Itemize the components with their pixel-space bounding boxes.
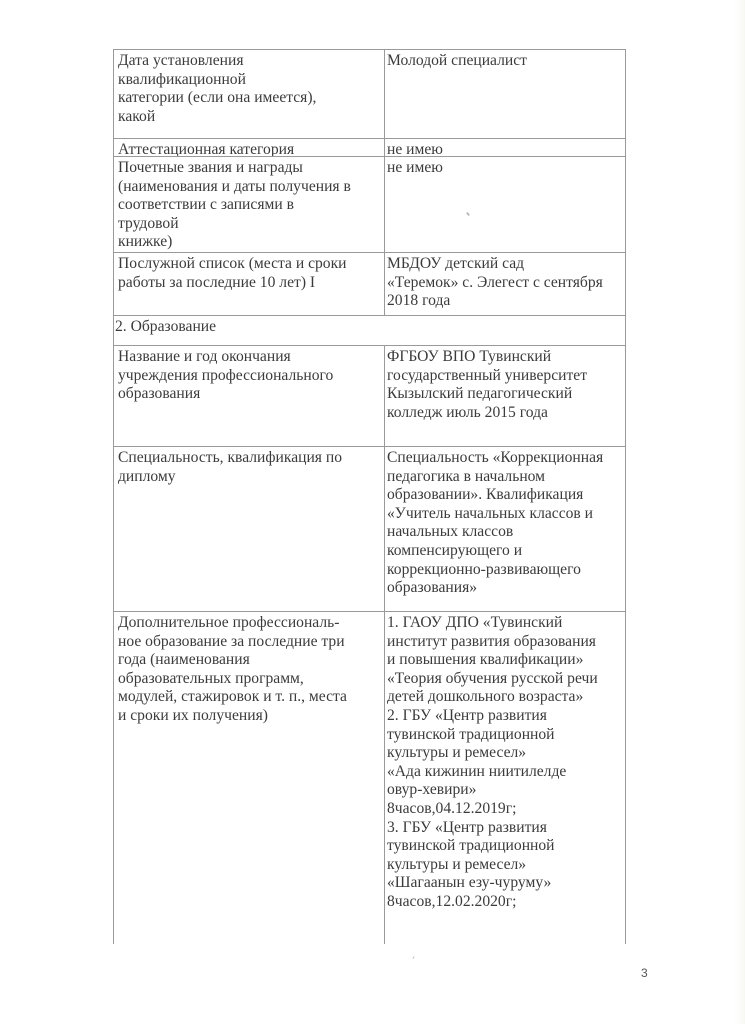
service-record-label: Послужной список (места и сроки работы з… (118, 255, 381, 292)
specialty-value: Специальность «Коррекционная педагогика … (387, 449, 622, 598)
field-value: не имею (385, 139, 626, 157)
qualification-date-value: Молодой специалист (387, 52, 622, 71)
service-record-value: МБДОУ детский сад «Теремок» с. Элегест с… (387, 255, 622, 311)
section-header: 2. Образование (114, 316, 626, 346)
field-value: МБДОУ детский сад «Теремок» с. Элегест с… (385, 253, 626, 316)
personal-info-table: Дата установления квалификационной катег… (113, 49, 626, 944)
qualification-date-label: Дата установления квалификационной катег… (118, 52, 381, 126)
field-value: Молодой специалист (385, 50, 626, 139)
table-row: Специальность, квалификация по диплому С… (114, 447, 626, 612)
table-row: Дата установления квалификационной катег… (114, 50, 626, 139)
field-label: Аттестационная категория (114, 139, 385, 157)
additional-education-value: 1. ГАОУ ДПО «Тувинский институт развития… (387, 614, 622, 912)
field-label: Название и год окончания учреждения проф… (114, 346, 385, 447)
table-row: Название и год окончания учреждения проф… (114, 346, 626, 447)
section-education-title: 2. Образование (115, 318, 622, 337)
attestation-category-label: Аттестационная категория (118, 142, 381, 157)
field-value: не имею (385, 157, 626, 253)
field-label: Дата установления квалификационной катег… (114, 50, 385, 139)
honors-awards-value: не имею (387, 159, 622, 178)
field-label: Послужной список (места и сроки работы з… (114, 253, 385, 316)
page-number: 3 (641, 966, 648, 980)
field-value: ФГБОУ ВПО Тувинский государственный унив… (385, 346, 626, 447)
field-label: Дополнительное профессиональ- ное образо… (114, 612, 385, 945)
field-value: Специальность «Коррекционная педагогика … (385, 447, 626, 612)
honors-awards-label: Почетные звания и награды (наименования … (118, 159, 381, 252)
field-value: 1. ГАОУ ДПО «Тувинский институт развития… (385, 612, 626, 945)
institution-label: Название и год окончания учреждения проф… (118, 348, 381, 404)
scan-speck (412, 956, 414, 959)
scan-edge-shadow (735, 0, 745, 1024)
additional-education-label: Дополнительное профессиональ- ное образо… (118, 614, 381, 726)
table-row: Дополнительное профессиональ- ное образо… (114, 612, 626, 945)
field-label: Специальность, квалификация по диплому (114, 447, 385, 612)
section-header-row: 2. Образование (114, 316, 626, 346)
institution-value: ФГБОУ ВПО Тувинский государственный унив… (387, 348, 622, 422)
document-page: Дата установления квалификационной катег… (0, 0, 745, 1024)
field-label: Почетные звания и награды (наименования … (114, 157, 385, 253)
table-row: Послужной список (места и сроки работы з… (114, 253, 626, 316)
table-row: Почетные звания и награды (наименования … (114, 157, 626, 253)
table-row: Аттестационная категория не имею (114, 139, 626, 157)
attestation-category-value: не имею (387, 142, 622, 157)
specialty-label: Специальность, квалификация по диплому (118, 449, 381, 486)
